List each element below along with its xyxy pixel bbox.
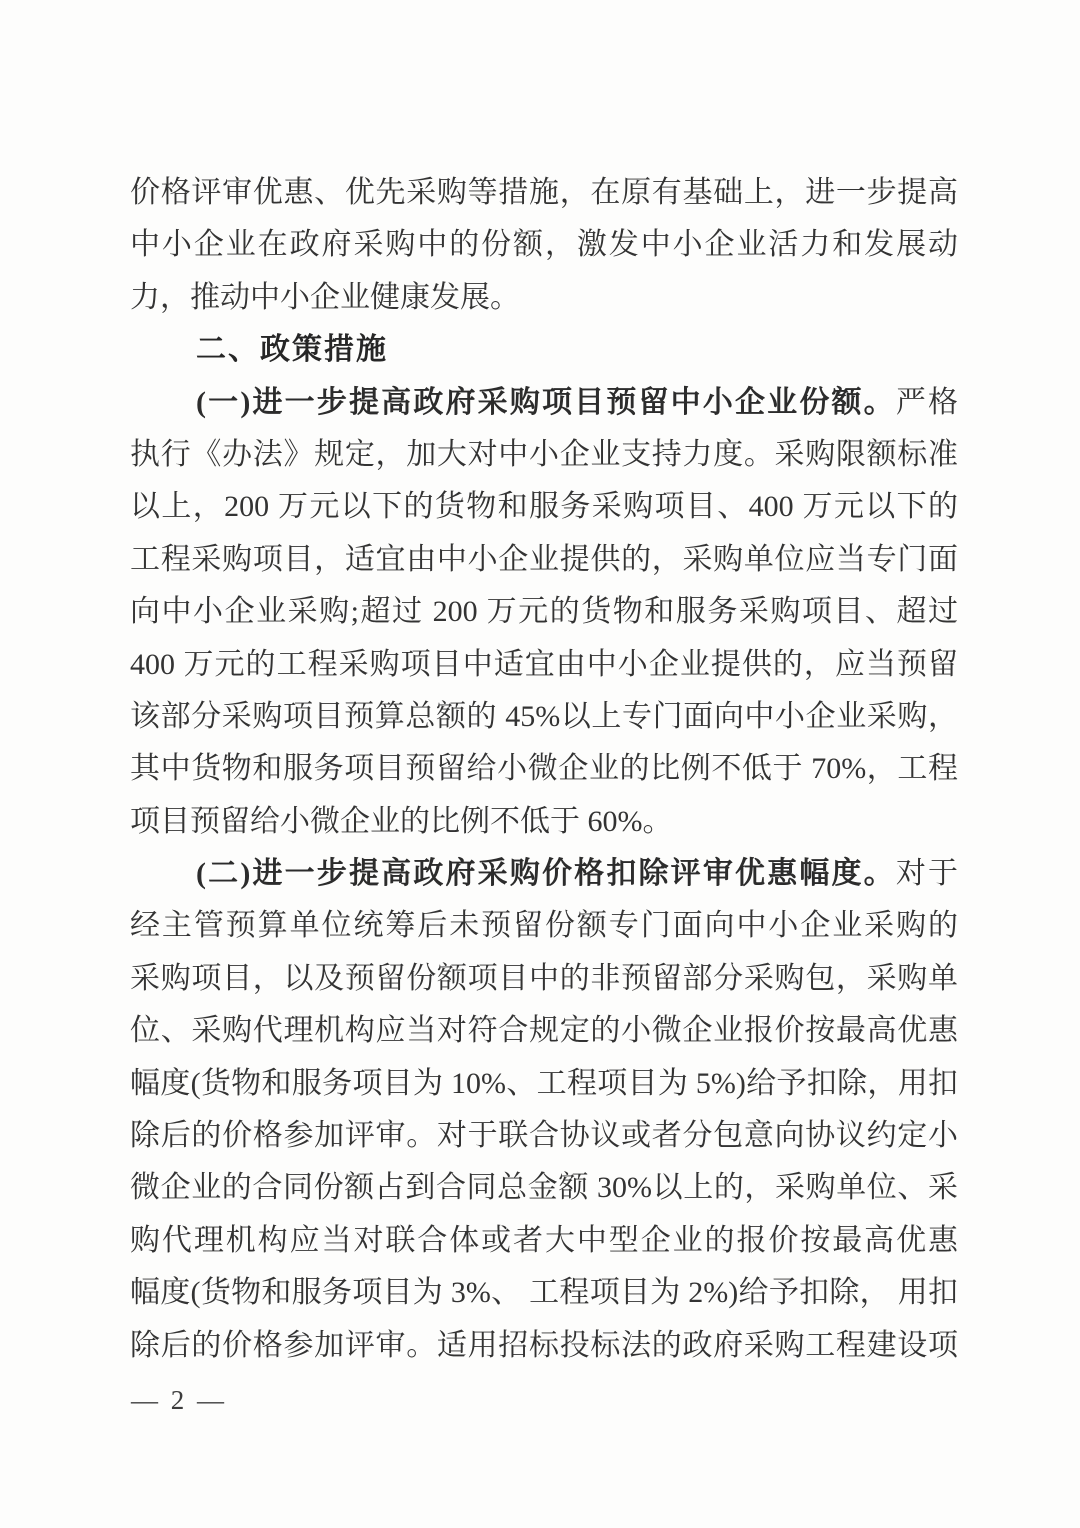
document-page: 价格评审优惠、优先采购等措施，在原有基础上，进一步提高 中小企业在政府采购中的份… xyxy=(0,0,1080,1528)
line-body-text: 幅度(货物和服务项目为 10%、工程项目为 5%)给予扣除，用扣 xyxy=(130,1067,958,1100)
line-body-text: 购代理机构应当对联合体或者大中型企业的报价按最高优惠 xyxy=(130,1224,958,1257)
line-body-text: 微企业的合同份额占到合同总金额 30%以上的，采购单位、采 xyxy=(130,1171,958,1204)
text-line: 购代理机构应当对联合体或者大中型企业的报价按最高优惠 xyxy=(130,1215,958,1267)
item-2-lead-text: (二)进一步提高政府采购价格扣除评审优惠幅度。 xyxy=(196,857,896,890)
text-line: 以上，200 万元以下的货物和服务采购项目、400 万元以下的 xyxy=(130,481,958,533)
text-line: 项目预留给小微企业的比例不低于 60%。 xyxy=(130,796,958,848)
line-body-text: 对于 xyxy=(896,857,958,890)
text-line: 采购项目，以及预留份额项目中的非预留部分采购包，采购单 xyxy=(130,953,958,1005)
section-heading: 二、政策措施 xyxy=(130,324,958,376)
text-line: 力，推动中小企业健康发展。 xyxy=(130,272,958,324)
document-body: 价格评审优惠、优先采购等措施，在原有基础上，进一步提高 中小企业在政府采购中的份… xyxy=(130,167,958,1372)
line-body-text: 工程采购项目，适宜由中小企业提供的，采购单位应当专门面 xyxy=(130,543,958,576)
text-line: 工程采购项目，适宜由中小企业提供的，采购单位应当专门面 xyxy=(130,534,958,586)
line-body-text: 幅度(货物和服务项目为 3%、 工程项目为 2%)给予扣除， 用扣 xyxy=(130,1276,958,1309)
line-body-text: 以上，200 万元以下的货物和服务采购项目、400 万元以下的 xyxy=(130,490,958,523)
text-line: 位、采购代理机构应当对符合规定的小微企业报价按最高优惠 xyxy=(130,1005,958,1057)
text-line: 价格评审优惠、优先采购等措施，在原有基础上，进一步提高 xyxy=(130,167,958,219)
text-line: (二)进一步提高政府采购价格扣除评审优惠幅度。对于 xyxy=(130,848,958,900)
text-line: 向中小企业采购;超过 200 万元的货物和服务采购项目、超过 xyxy=(130,586,958,638)
text-line: 幅度(货物和服务项目为 3%、 工程项目为 2%)给予扣除， 用扣 xyxy=(130,1267,958,1319)
line-body-text: 经主管预算单位统筹后未预留份额专门面向中小企业采购的 xyxy=(130,909,958,942)
line-body-text: 力，推动中小企业健康发展。 xyxy=(130,281,520,314)
text-line: 幅度(货物和服务项目为 10%、工程项目为 5%)给予扣除，用扣 xyxy=(130,1058,958,1110)
text-line: 中小企业在政府采购中的份额，激发中小企业活力和发展动 xyxy=(130,219,958,271)
line-body-text: 价格评审优惠、优先采购等措施，在原有基础上，进一步提高 xyxy=(130,176,958,209)
line-body-text: 位、采购代理机构应当对符合规定的小微企业报价按最高优惠 xyxy=(130,1014,958,1047)
line-body-text: 采购项目，以及预留份额项目中的非预留部分采购包，采购单 xyxy=(130,962,958,995)
line-body-text: 该部分采购项目预算总额的 45%以上专门面向中小企业采购， xyxy=(130,700,958,733)
line-body-text: 其中货物和服务项目预留给小微企业的比例不低于 70%，工程 xyxy=(130,752,958,785)
text-line: 400 万元的工程采购项目中适宜由中小企业提供的，应当预留 xyxy=(130,639,958,691)
text-line: 其中货物和服务项目预留给小微企业的比例不低于 70%，工程 xyxy=(130,743,958,795)
line-body-text: 除后的价格参加评审。适用招标投标法的政府采购工程建设项 xyxy=(130,1329,958,1362)
line-body-text: 中小企业在政府采购中的份额，激发中小企业活力和发展动 xyxy=(130,228,958,261)
text-line: (一)进一步提高政府采购项目预留中小企业份额。严格 xyxy=(130,377,958,429)
item-1-lead-text: (一)进一步提高政府采购项目预留中小企业份额。 xyxy=(196,386,896,419)
text-line: 该部分采购项目预算总额的 45%以上专门面向中小企业采购， xyxy=(130,691,958,743)
line-body-text: 项目预留给小微企业的比例不低于 60%。 xyxy=(130,805,673,838)
page-number: — 2 — xyxy=(131,1385,227,1416)
line-body-text: 除后的价格参加评审。对于联合协议或者分包意向协议约定小 xyxy=(130,1119,958,1152)
text-line: 经主管预算单位统筹后未预留份额专门面向中小企业采购的 xyxy=(130,900,958,952)
line-body-text: 执行《办法》规定，加大对中小企业支持力度。采购限额标准 xyxy=(130,438,958,471)
text-line: 微企业的合同份额占到合同总金额 30%以上的，采购单位、采 xyxy=(130,1162,958,1214)
line-body-text: 严格 xyxy=(896,386,958,419)
text-line: 除后的价格参加评审。对于联合协议或者分包意向协议约定小 xyxy=(130,1110,958,1162)
line-body-text: 向中小企业采购;超过 200 万元的货物和服务采购项目、超过 xyxy=(130,595,958,628)
text-line: 执行《办法》规定，加大对中小企业支持力度。采购限额标准 xyxy=(130,429,958,481)
text-line: 除后的价格参加评审。适用招标投标法的政府采购工程建设项 xyxy=(130,1320,958,1372)
line-body-text: 400 万元的工程采购项目中适宜由中小企业提供的，应当预留 xyxy=(130,648,958,681)
